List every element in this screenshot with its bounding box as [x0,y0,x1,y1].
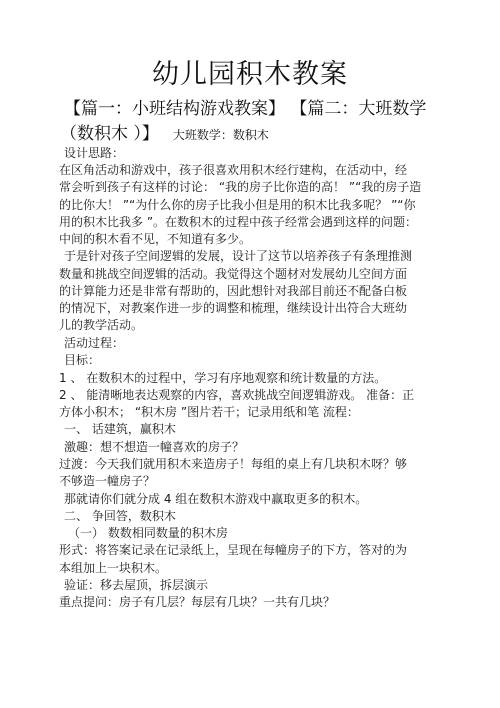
text-line: 不够造一幢房子？ [59,473,155,489]
text-line: 的情况下，对教案作进一步的调整和梳理，继续设计出符合大班幼 [59,300,407,316]
text-line: 中间的积木看不见，不知道有多少。 [59,231,251,247]
text-line: 形式：将答案记录在记录纸上，呈现在每幢房子的下方，答对的为 [59,542,407,558]
text-line: 激趣：想不想造一幢喜欢的房子？ [64,439,244,455]
text-line: 方体小积木； “积木房 ”图片若干；记录用纸和笔 流程： [59,404,359,420]
text-line: （一） 数数相同数量的积木房 [68,525,228,541]
text-line: 常会听到孩子有这样的讨论： “我的房子比你造的高！ ”“我的房子造 [59,179,421,195]
section-heading-line1: 【篇一：小班结构游戏教案】 【篇二：大班数学 [64,98,426,120]
text-line: 那就请你们就分成 4 组在数积木游戏中赢取更多的积木。 [64,491,367,507]
text-line: 用的积木比我多 ”。在数积木的过程中孩子经常会遇到这样的问题： [59,214,417,230]
text-line: 设计思路： [64,145,124,161]
text-line: 1 、 在数积木的过程中，学习有序地观察和统计数量的方法。 [59,370,386,386]
section-heading-title: （数积木 ）】 [60,124,159,144]
text-line: 的比你大！ ”“为什么你的房子比我小但是用的积木比我多呢？ ”“你 [59,197,416,213]
text-line: 在区角活动和游戏中，孩子很喜欢用积木经行建构，在活动中，经 [59,162,407,178]
text-line: 儿的教学活动。 [59,317,143,333]
text-line: 过渡：今天我们就用积木来造房子！每组的桌上有几块积木呀？够 [59,456,407,472]
text-line: 验证：移去屋顶，拆层演示 [64,577,208,593]
section-heading-line2: （数积木 ）】大班数学：数积木 [60,123,269,146]
text-line: 数量和挑战空间逻辑的活动。我觉得这个题材对发展幼儿空间方面 [59,266,407,282]
text-line: 于是针对孩子空间逻辑的发展，设计了这节以培养孩子有条理推测 [64,248,412,264]
document-page: 幼儿园积木教案 【篇一：小班结构游戏教案】 【篇二：大班数学 （数积木 ）】大班… [0,0,500,708]
text-line: 2 、 能清晰地表达观察的内容，喜欢挑战空间逻辑游戏。 准备：正 [59,387,414,403]
text-line: 本组加上一块积木。 [59,560,167,576]
section-subtitle: 大班数学：数积木 [173,128,269,142]
document-title: 幼儿园积木教案 [0,58,500,92]
text-line: 二、 争回答，数积木 [64,508,176,524]
text-line: 一、 话建筑，赢积木 [64,421,176,437]
text-line: 活动过程： [64,335,124,351]
text-line: 重点提问：房子有几层？每层有几块？一共有几块？ [59,594,335,610]
text-line: 目标： [64,352,100,368]
text-line: 的计算能力还是非常有帮助的，因此想针对我部目前还不配备白板 [59,283,407,299]
